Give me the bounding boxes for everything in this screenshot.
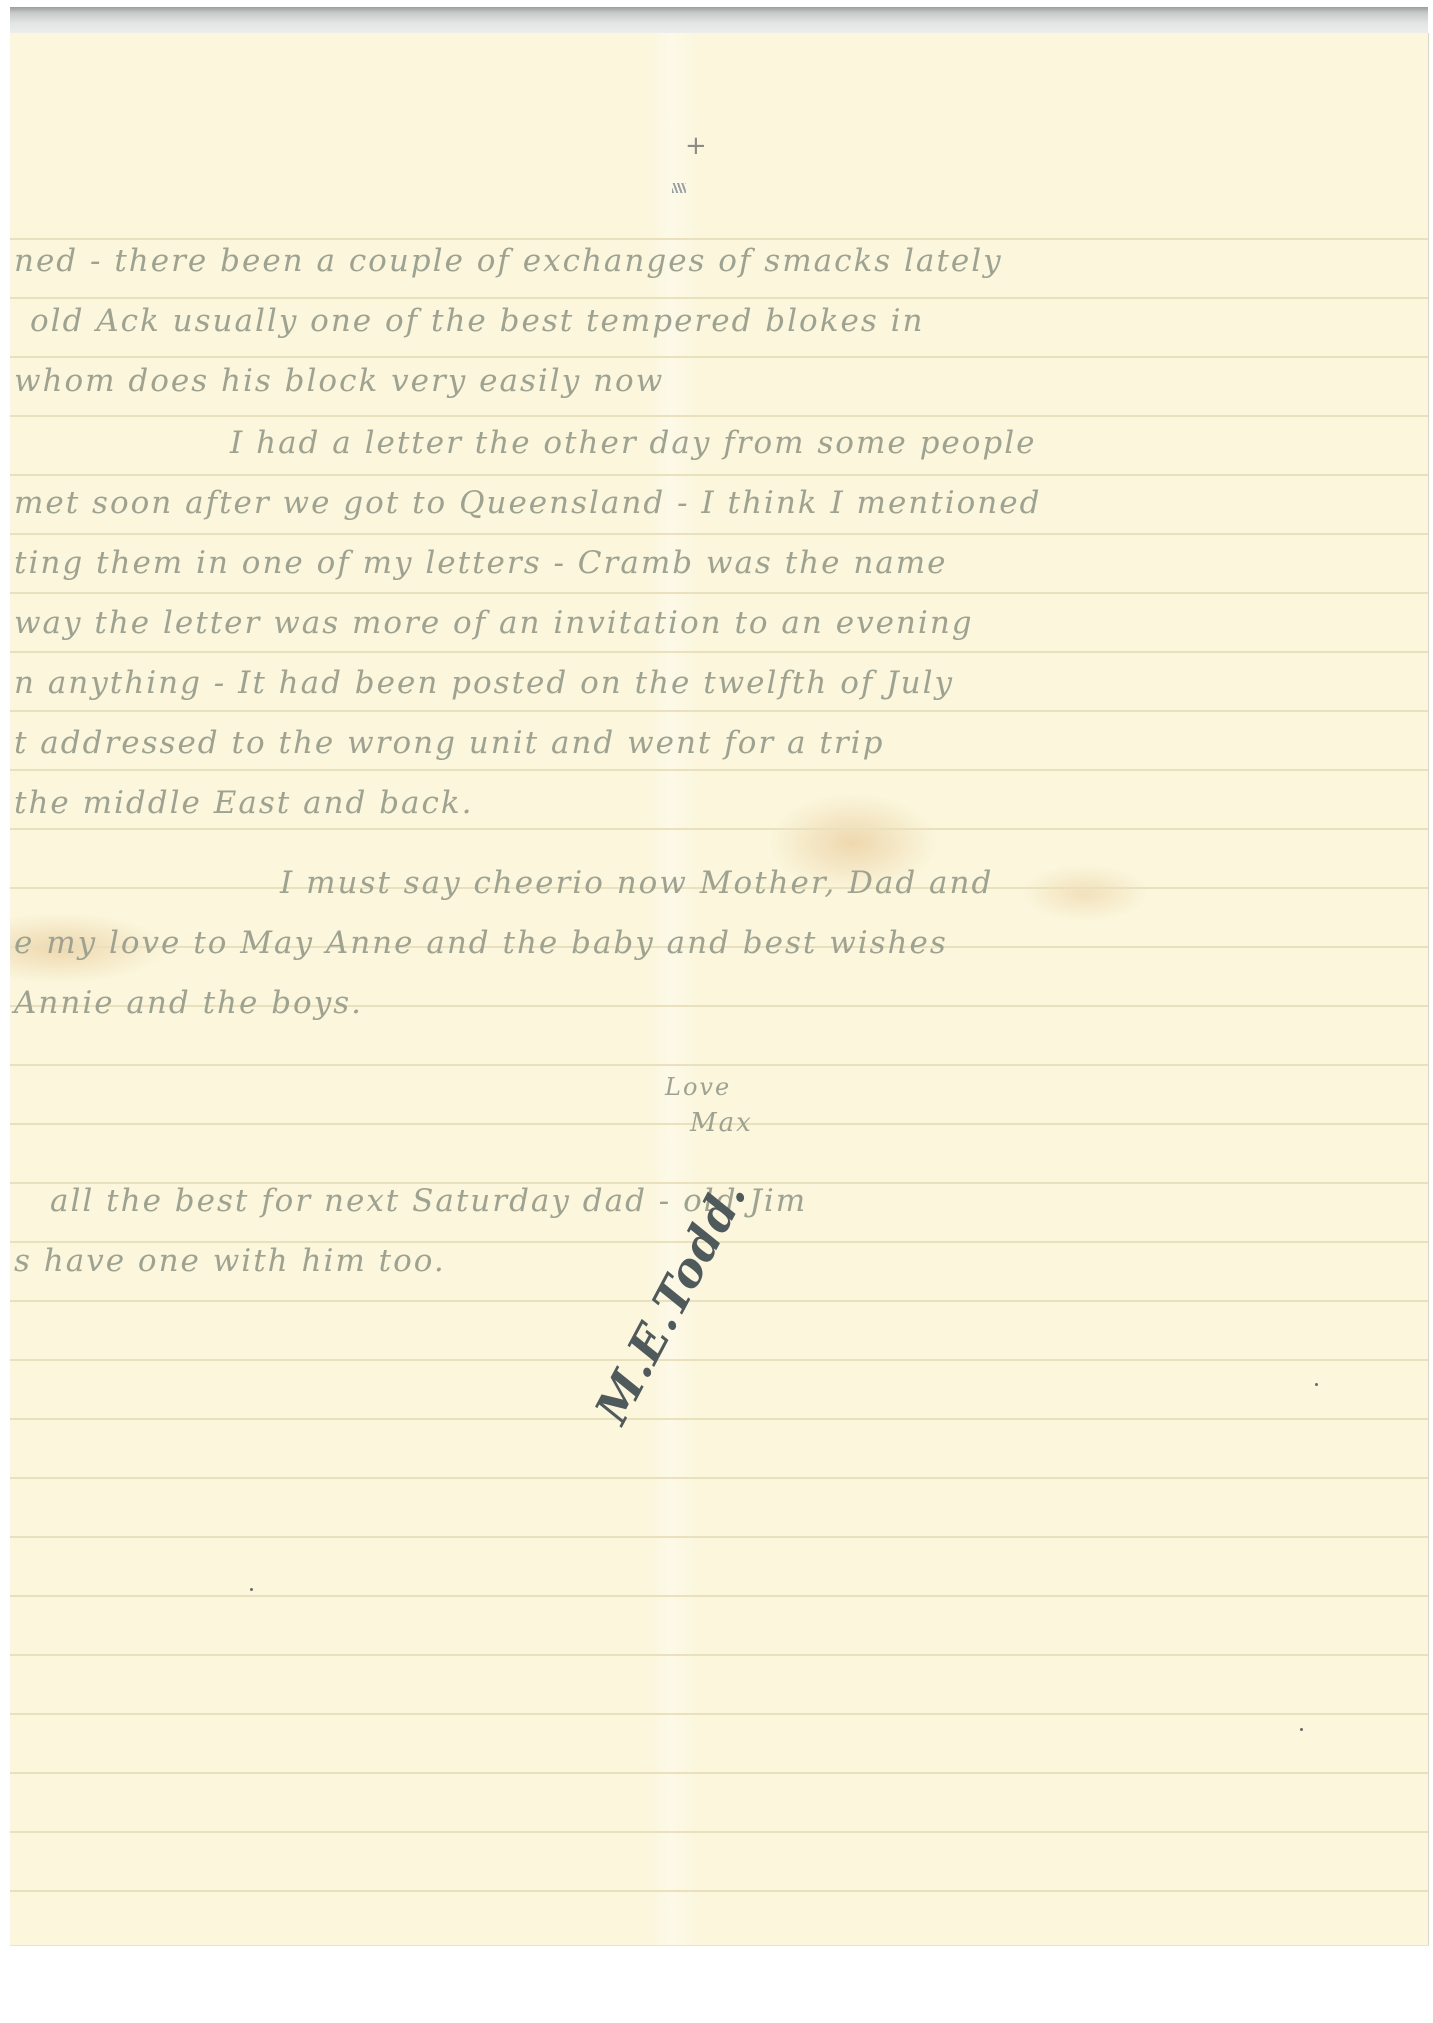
paper-speck <box>1300 1728 1303 1731</box>
ruled-line <box>10 356 1428 358</box>
letter-line: ned - there been a couple of exchanges o… <box>14 243 1003 279</box>
ruled-line <box>10 828 1428 830</box>
closing-name: Max <box>690 1108 753 1138</box>
letter-line: way the letter was more of an invitation… <box>14 605 974 641</box>
ruled-line <box>10 474 1428 476</box>
ruled-line <box>10 710 1428 712</box>
ruled-line <box>10 297 1428 299</box>
ruled-line <box>10 1359 1428 1361</box>
letter-line: met soon after we got to Queensland - I … <box>14 485 1041 521</box>
letter-line: I must say cheerio now Mother, Dad and <box>280 865 993 901</box>
postscript-line: s have one with him too. <box>14 1243 446 1279</box>
scanner-edge-strip <box>10 7 1428 33</box>
ink-blot-mark <box>672 183 686 193</box>
ruled-line <box>10 769 1428 771</box>
ruled-line <box>10 592 1428 594</box>
letter-line: t addressed to the wrong unit and went f… <box>14 725 884 761</box>
top-cross-mark: + <box>685 131 707 161</box>
letter-line: I had a letter the other day from some p… <box>230 425 1037 461</box>
letter-line: Annie and the boys. <box>14 985 363 1021</box>
ruled-line <box>10 238 1428 240</box>
ruled-line <box>10 1300 1428 1302</box>
ruled-line <box>10 651 1428 653</box>
letter-line: e my love to May Anne and the baby and b… <box>14 925 948 961</box>
paper-speck <box>250 1588 253 1591</box>
letter-line: whom does his block very easily now <box>14 363 664 399</box>
ruled-line <box>10 1831 1428 1833</box>
ruled-line <box>10 1064 1428 1066</box>
ruled-line <box>10 1713 1428 1715</box>
letter-line: old Ack usually one of the best tempered… <box>30 303 924 339</box>
closing-love: Love <box>665 1073 731 1101</box>
ruled-line <box>10 1477 1428 1479</box>
letter-line: n anything - It had been posted on the t… <box>14 665 954 701</box>
ruled-line <box>10 1772 1428 1774</box>
ruled-line <box>10 1890 1428 1892</box>
ruled-line <box>10 1595 1428 1597</box>
ruled-line <box>10 533 1428 535</box>
paper-speck <box>1315 1383 1318 1386</box>
ruled-line <box>10 415 1428 417</box>
ruled-line <box>10 1418 1428 1420</box>
ruled-line <box>10 1536 1428 1538</box>
letter-line: the middle East and back. <box>14 785 474 821</box>
letter-line: ting them in one of my letters - Cramb w… <box>14 545 948 581</box>
ruled-line <box>10 1654 1428 1656</box>
letter-page: + ned - there been a couple of exchanges… <box>10 33 1429 1946</box>
